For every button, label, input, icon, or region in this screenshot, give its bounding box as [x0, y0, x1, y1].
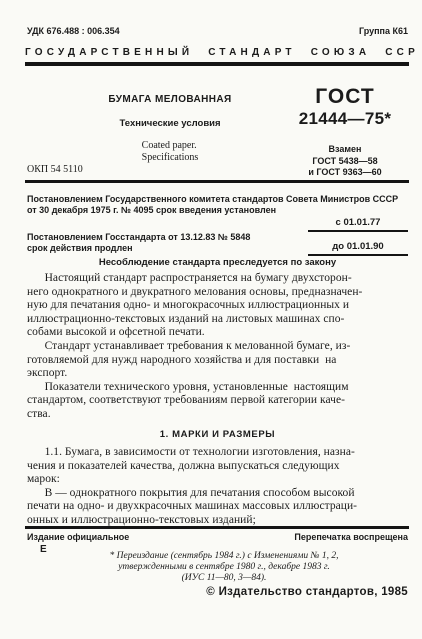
scope-paragraph-2: Стандарт устанавливает требования к мело… [27, 340, 409, 381]
reissue-note: * Переиздание (сентябрь 1984 г.) с Измен… [44, 551, 404, 585]
title-rule [25, 180, 409, 183]
scope-paragraph-3: Показатели технического уровня, установл… [27, 381, 409, 422]
document-page: УДК 676.488 : 006.354 Группа К61 ГОСУДАР… [0, 0, 422, 639]
gost-label: ГОСТ [282, 86, 408, 108]
state-standard-banner: ГОСУДАРСТВЕННЫЙ СТАНДАРТ СОЮЗА ССР [25, 47, 409, 58]
group-code: Группа К61 [359, 26, 408, 36]
grade-v-paragraph: В — однократного покрытия для печатания … [27, 487, 409, 528]
classification-row: УДК 676.488 : 006.354 Группа К61 [27, 26, 408, 36]
scope-section: Настоящий стандарт распространяется на б… [27, 272, 409, 422]
section-1-heading: 1. МАРКИ И РАЗМЕРЫ [27, 429, 408, 440]
section-1-content: 1.1. Бумага, в зависимости от технологии… [27, 446, 409, 528]
effective-date: с 01.01.77 [308, 217, 408, 232]
document-title: БУМАГА МЕЛОВАННАЯ [80, 94, 260, 105]
scope-paragraph-1: Настоящий стандарт распространяется на б… [27, 272, 409, 340]
banner-rule [25, 62, 409, 66]
udk-code: УДК 676.488 : 006.354 [27, 26, 120, 36]
document-subtitle: Технические условия [80, 118, 260, 129]
decree-introduction: Постановлением Государственного комитета… [27, 194, 408, 216]
okp-code: ОКП 54 5110 [27, 164, 83, 175]
official-edition-label: Издание официальное [27, 532, 129, 542]
gost-number-block: ГОСТ 21444—75* Взамен ГОСТ 5438—58 и ГОС… [282, 86, 408, 179]
expiry-date: до 01.01.90 [308, 241, 408, 256]
gost-number: 21444—75* [282, 108, 408, 130]
replaces-note: Взамен ГОСТ 5438—58 и ГОСТ 9363—60 [282, 144, 408, 179]
title-block: БУМАГА МЕЛОВАННАЯ Технические условия Co… [80, 94, 260, 165]
copyright-line: © Издательство стандартов, 1985 [27, 586, 408, 598]
reprint-prohibited-label: Перепечатка воспрещена [294, 532, 408, 542]
clause-1-1-paragraph: 1.1. Бумага, в зависимости от технологии… [27, 446, 409, 487]
footer-row: Издание официальное Перепечатка воспреще… [27, 532, 408, 542]
legal-warning: Несоблюдение стандарта преследуется по з… [27, 257, 408, 268]
footer-rule [25, 526, 409, 529]
document-title-english: Coated paper. Specifications [142, 140, 199, 164]
